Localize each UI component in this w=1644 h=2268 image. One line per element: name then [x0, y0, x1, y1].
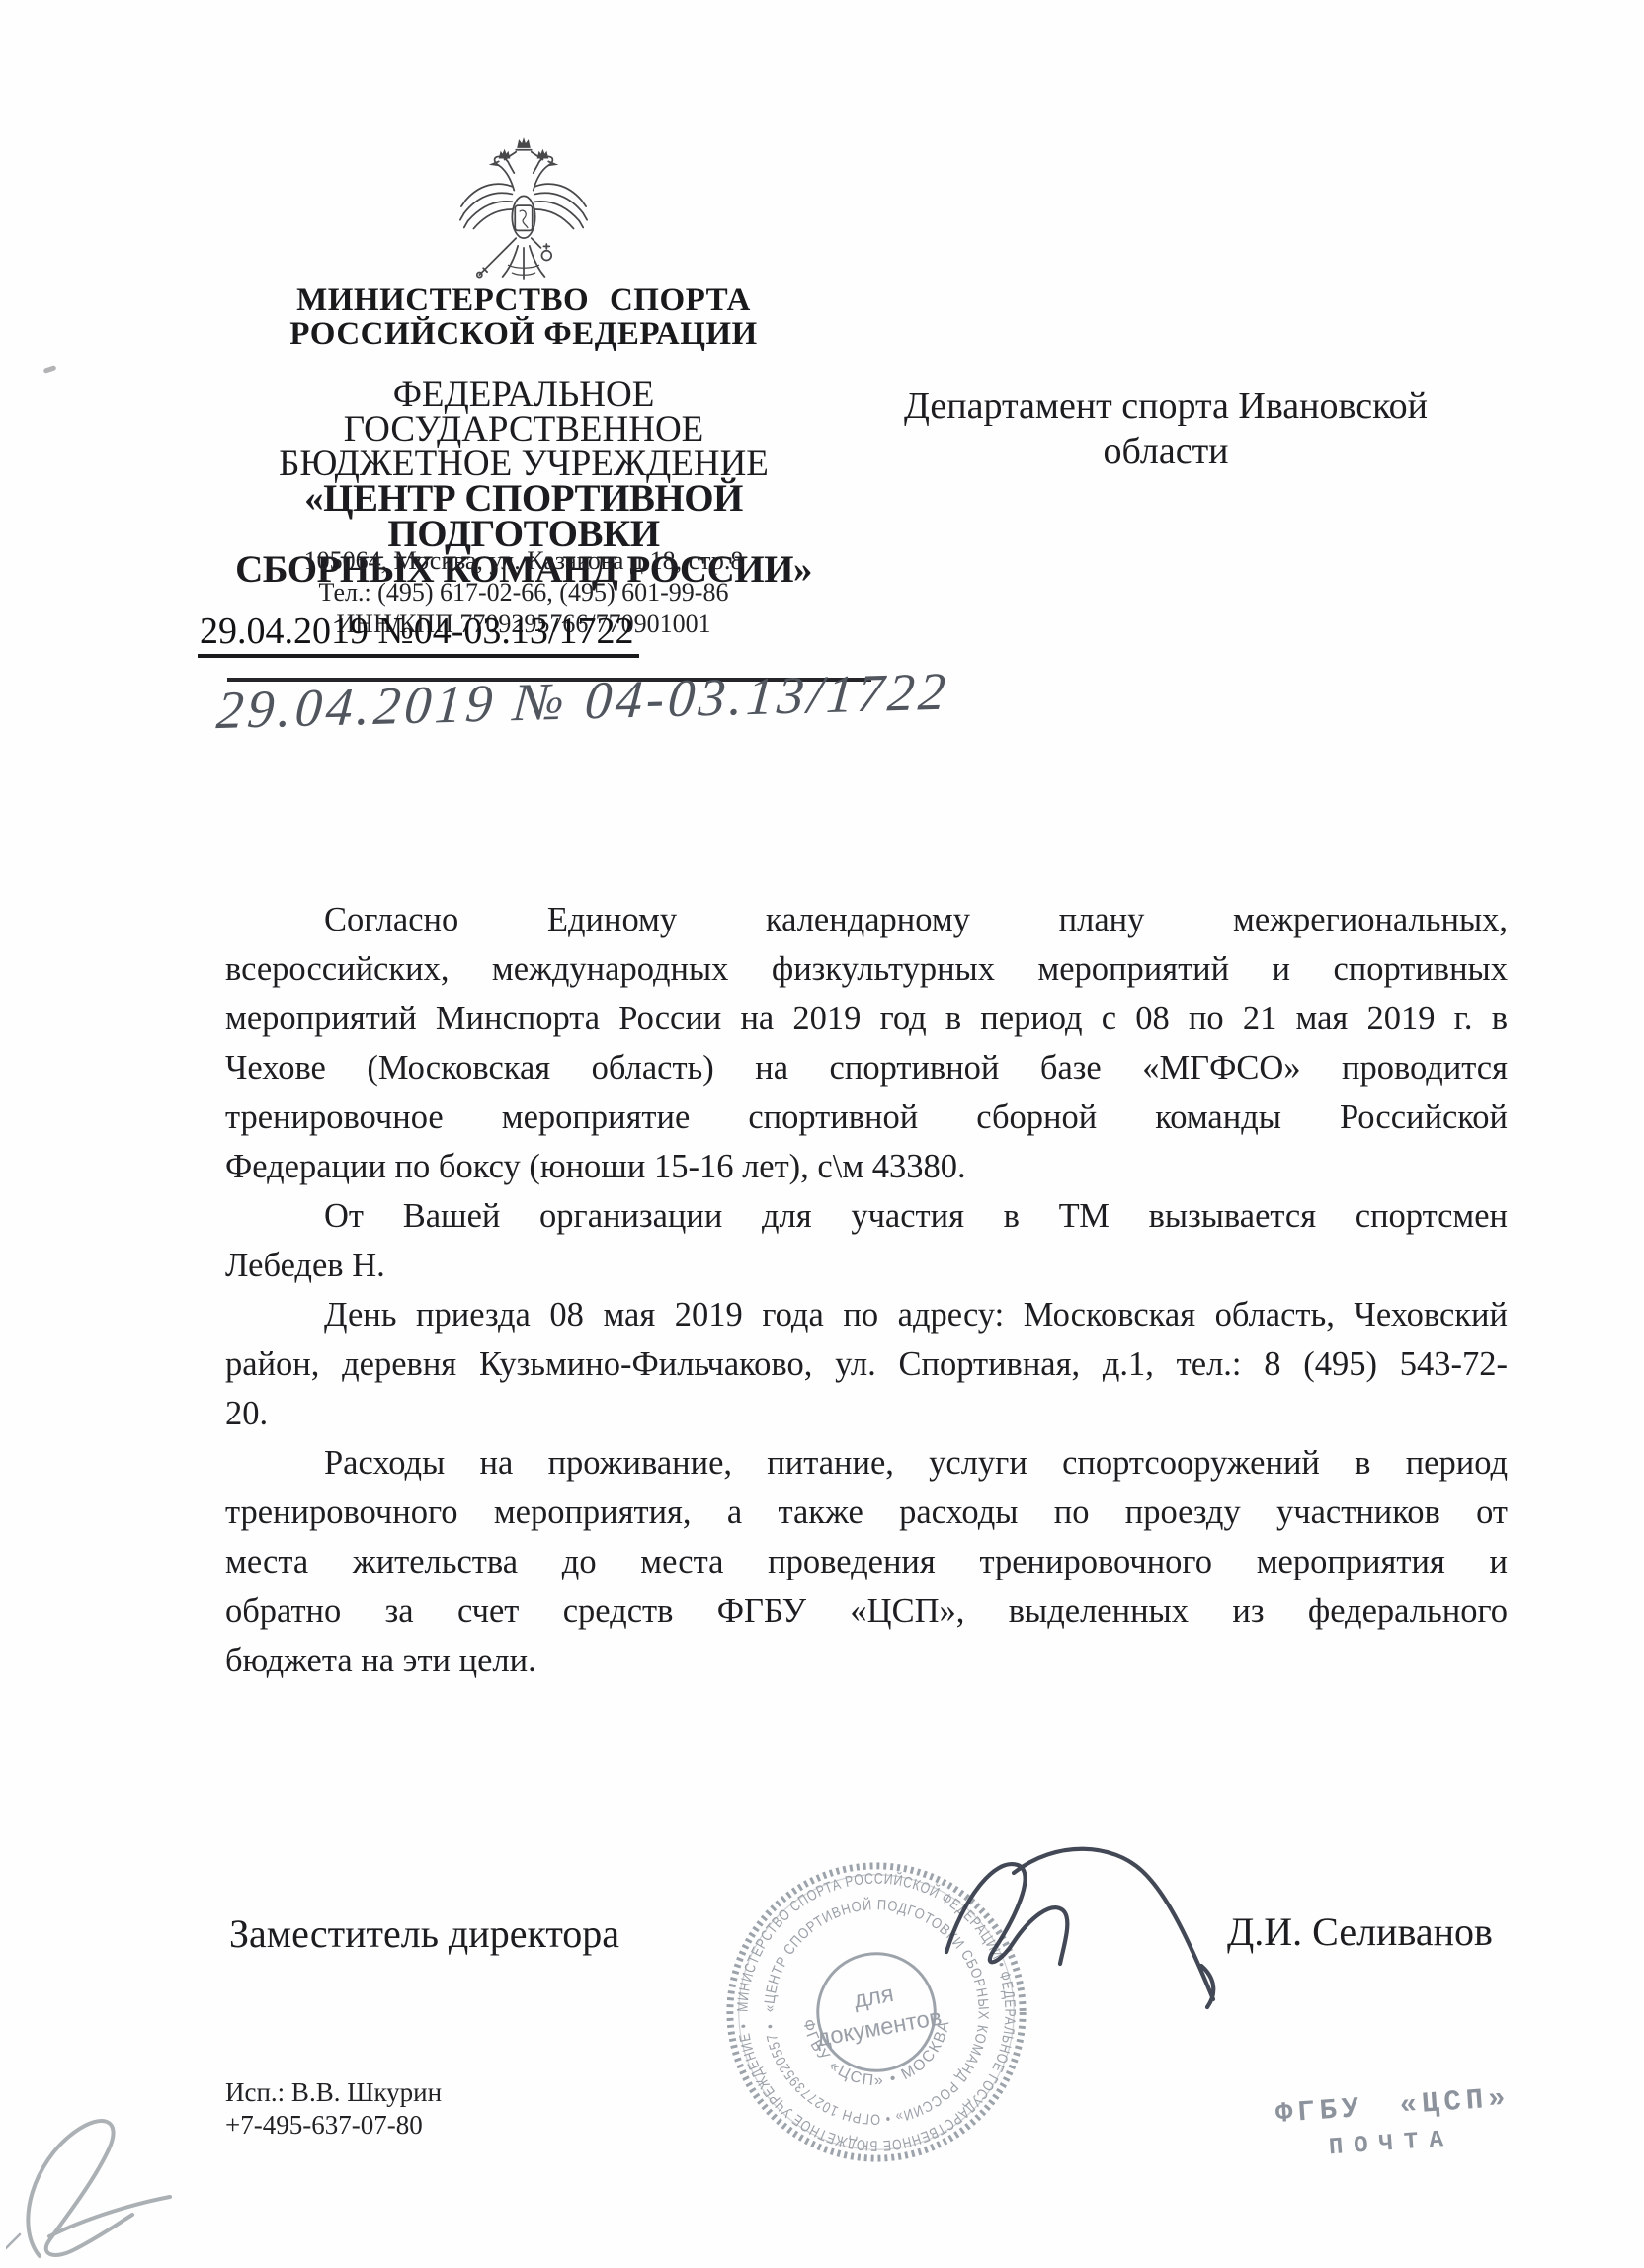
scan-artifact-dot — [43, 365, 57, 374]
body-line: места жительства до места проведения тре… — [225, 1537, 1508, 1586]
body-line: 20. — [225, 1389, 1508, 1438]
mail-stamp: ФГБУ «ЦСП» ПОЧТА — [1274, 2082, 1506, 2165]
letterhead-phones: Тел.: (495) 617-02-66, (495) 601-99-86 — [227, 577, 820, 608]
body-line: бюджета на эти цели. — [225, 1636, 1508, 1685]
recipient-line-1: Департамент спорта Ивановской — [889, 383, 1442, 429]
mail-stamp-org: ФГБУ «ЦСП» — [1274, 2082, 1504, 2131]
body-line: Расходы на проживание, питание, услуги с… — [225, 1438, 1508, 1488]
body-line: всероссийских, международных физкультурн… — [225, 944, 1508, 994]
scanned-letter-page: МИНИСТЕРСТВО СПОРТА РОССИЙСКОЙ ФЕДЕРАЦИИ… — [0, 0, 1644, 2268]
ministry-line-2: РОССИЙСКОЙ ФЕДЕРАЦИИ — [227, 317, 820, 351]
executor-name: Исп.: В.В. Шкурин — [225, 2076, 442, 2109]
signer-name: Д.И. Селиванов — [1227, 1908, 1493, 1955]
ministry-line-1: МИНИСТЕРСТВО СПОРТА — [227, 283, 820, 317]
ministry-name-block: МИНИСТЕРСТВО СПОРТА РОССИЙСКОЙ ФЕДЕРАЦИИ — [227, 283, 820, 351]
body-line: От Вашей организации для участия в ТМ вы… — [225, 1191, 1508, 1241]
body-line: тренировочного мероприятия, а также расх… — [225, 1488, 1508, 1537]
body-line: День приезда 08 мая 2019 года по адресу:… — [225, 1290, 1508, 1339]
coat-of-arms-emblem — [456, 130, 591, 288]
institution-line-2: БЮДЖЕТНОЕ УЧРЕЖДЕНИЕ — [227, 446, 820, 481]
signer-position-title: Заместитель директора — [229, 1910, 619, 1957]
body-line: Чехове (Московская область) на спортивно… — [225, 1043, 1508, 1093]
pencil-mark — [6, 2100, 179, 2266]
signature-ink — [919, 1835, 1255, 2013]
typed-date-number: 29.04.2019 №04-03.13/1722 — [198, 609, 639, 658]
body-line: обратно за счет средств ФГБУ «ЦСП», выде… — [225, 1586, 1508, 1636]
body-line: Федерации по боксу (юноши 15-16 лет), с\… — [225, 1142, 1508, 1191]
handwritten-date-number: 29.04.2019 № 04-03.13/1722 — [214, 661, 951, 742]
stamp-center-line-1: для — [852, 1982, 895, 2014]
body-line: мероприятий Минспорта России на 2019 год… — [225, 994, 1508, 1043]
body-line: район, деревня Кузьмино-Фильчаково, ул. … — [225, 1339, 1508, 1389]
mail-stamp-pochta: ПОЧТА — [1277, 2123, 1506, 2165]
body-line: Лебедев Н. — [225, 1241, 1508, 1290]
institution-line-3: «ЦЕНТР СПОРТИВНОЙ ПОДГОТОВКИ — [227, 481, 820, 552]
institution-line-1: ФЕДЕРАЛЬНОЕ ГОСУДАРСТВЕННОЕ — [227, 377, 820, 446]
body-line: Согласно Единому календарному плану межр… — [225, 895, 1508, 944]
recipient-line-2: области — [889, 429, 1442, 474]
postal-address: 105064, Москва, ул. Казакова д.18, стр.8 — [227, 545, 820, 577]
letter-body: Согласно Единому календарному плану межр… — [225, 895, 1508, 1685]
executor-block: Исп.: В.В. Шкурин +7-495-637-07-80 — [225, 2076, 442, 2142]
body-line: тренировочное мероприятие спортивной сбо… — [225, 1093, 1508, 1142]
executor-phone: +7-495-637-07-80 — [225, 2109, 442, 2142]
recipient-block: Департамент спорта Ивановской области — [889, 383, 1442, 474]
